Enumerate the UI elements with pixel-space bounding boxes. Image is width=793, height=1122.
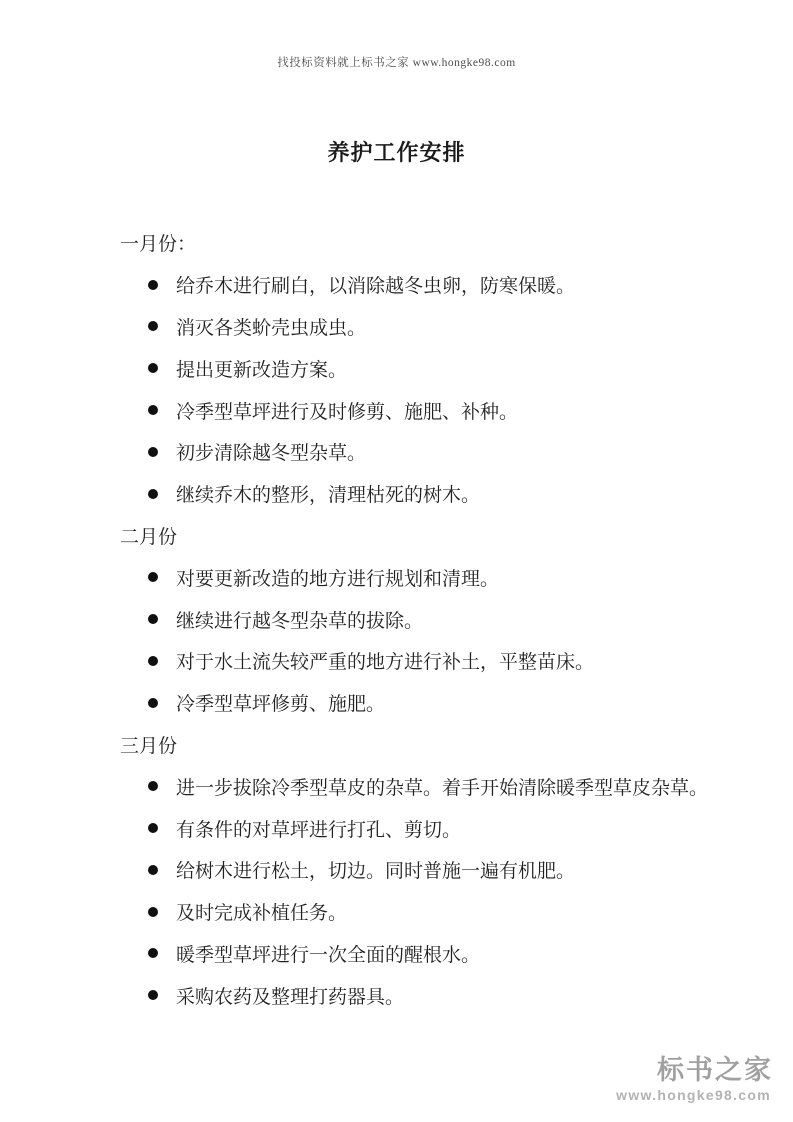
bullet-icon — [148, 823, 158, 833]
bullet-icon — [148, 990, 158, 1000]
list-item-text: 初步清除越冬型杂草。 — [176, 438, 366, 465]
bullet-icon — [148, 572, 158, 582]
list-item-text: 有条件的对草坪进行打孔、剪切。 — [176, 815, 461, 842]
bullet-icon — [148, 489, 158, 499]
header-watermark: 找投标资料就上标书之家 www.hongke98.com — [0, 54, 793, 70]
section-heading-february: 二月份 — [0, 515, 793, 557]
list-item-text: 暖季型草坪进行一次全面的醒根水。 — [176, 940, 480, 967]
list-item-text: 及时完成补植任务。 — [176, 898, 347, 925]
bullet-icon — [148, 321, 158, 331]
list-item: 对要更新改造的地方进行规划和清理。 — [0, 556, 793, 598]
section-heading-january: 一月份： — [0, 222, 793, 264]
list-item-text: 提出更新改造方案。 — [176, 355, 347, 382]
footer-brand-text: 标书之家 — [616, 1056, 773, 1086]
page-title: 养护工作安排 — [0, 136, 793, 167]
footer-logo: 标书之家 www.hongke98.com — [616, 1056, 771, 1103]
list-item-text: 进一步拔除冷季型草皮的杂草。着手开始清除暖季型草皮杂草。 — [176, 773, 708, 800]
document-page: 找投标资料就上标书之家 www.hongke98.com 养护工作安排 一月份：… — [0, 0, 793, 1122]
list-item: 及时完成补植任务。 — [0, 891, 793, 933]
footer-url-text: www.hongke98.com — [616, 1087, 771, 1103]
list-item: 提出更新改造方案。 — [0, 347, 793, 389]
list-item: 消灭各类蚧壳虫成虫。 — [0, 306, 793, 348]
list-item: 对于水土流失较严重的地方进行补土，平整苗床。 — [0, 640, 793, 682]
bullet-icon — [148, 865, 158, 875]
list-item: 进一步拔除冷季型草皮的杂草。着手开始清除暖季型草皮杂草。 — [0, 765, 793, 807]
document-body: 一月份： 给乔木进行刷白，以消除越冬虫卵，防寒保暖。 消灭各类蚧壳虫成虫。 提出… — [0, 222, 793, 1016]
list-item-text: 对要更新改造的地方进行规划和清理。 — [176, 564, 499, 591]
bullet-icon — [148, 363, 158, 373]
list-item-text: 消灭各类蚧壳虫成虫。 — [176, 313, 366, 340]
bullet-icon — [148, 698, 158, 708]
list-item-text: 冷季型草坪进行及时修剪、施肥、补种。 — [176, 397, 518, 424]
list-item: 冷季型草坪修剪、施肥。 — [0, 682, 793, 724]
list-item: 暖季型草坪进行一次全面的醒根水。 — [0, 933, 793, 975]
list-item: 冷季型草坪进行及时修剪、施肥、补种。 — [0, 389, 793, 431]
bullet-icon — [148, 948, 158, 958]
list-item: 继续乔木的整形，清理枯死的树木。 — [0, 473, 793, 515]
list-item: 给乔木进行刷白，以消除越冬虫卵，防寒保暖。 — [0, 264, 793, 306]
bullet-icon — [148, 656, 158, 666]
list-item: 给树木进行松土，切边。同时普施一遍有机肥。 — [0, 849, 793, 891]
list-item: 初步清除越冬型杂草。 — [0, 431, 793, 473]
bullet-icon — [148, 405, 158, 415]
list-item-text: 采购农药及整理打药器具。 — [176, 982, 404, 1009]
list-item: 有条件的对草坪进行打孔、剪切。 — [0, 807, 793, 849]
list-item-text: 对于水土流失较严重的地方进行补土，平整苗床。 — [176, 647, 594, 674]
bullet-icon — [148, 447, 158, 457]
list-item-text: 给乔木进行刷白，以消除越冬虫卵，防寒保暖。 — [176, 271, 575, 298]
bullet-icon — [148, 280, 158, 290]
bullet-icon — [148, 781, 158, 791]
list-item-text: 给树木进行松土，切边。同时普施一遍有机肥。 — [176, 856, 575, 883]
section-heading-march: 三月份 — [0, 724, 793, 766]
list-item-text: 冷季型草坪修剪、施肥。 — [176, 689, 385, 716]
bullet-icon — [148, 614, 158, 624]
list-item-text: 继续乔木的整形，清理枯死的树木。 — [176, 480, 480, 507]
list-item: 继续进行越冬型杂草的拔除。 — [0, 598, 793, 640]
bullet-icon — [148, 907, 158, 917]
list-item: 采购农药及整理打药器具。 — [0, 974, 793, 1016]
list-item-text: 继续进行越冬型杂草的拔除。 — [176, 606, 423, 633]
